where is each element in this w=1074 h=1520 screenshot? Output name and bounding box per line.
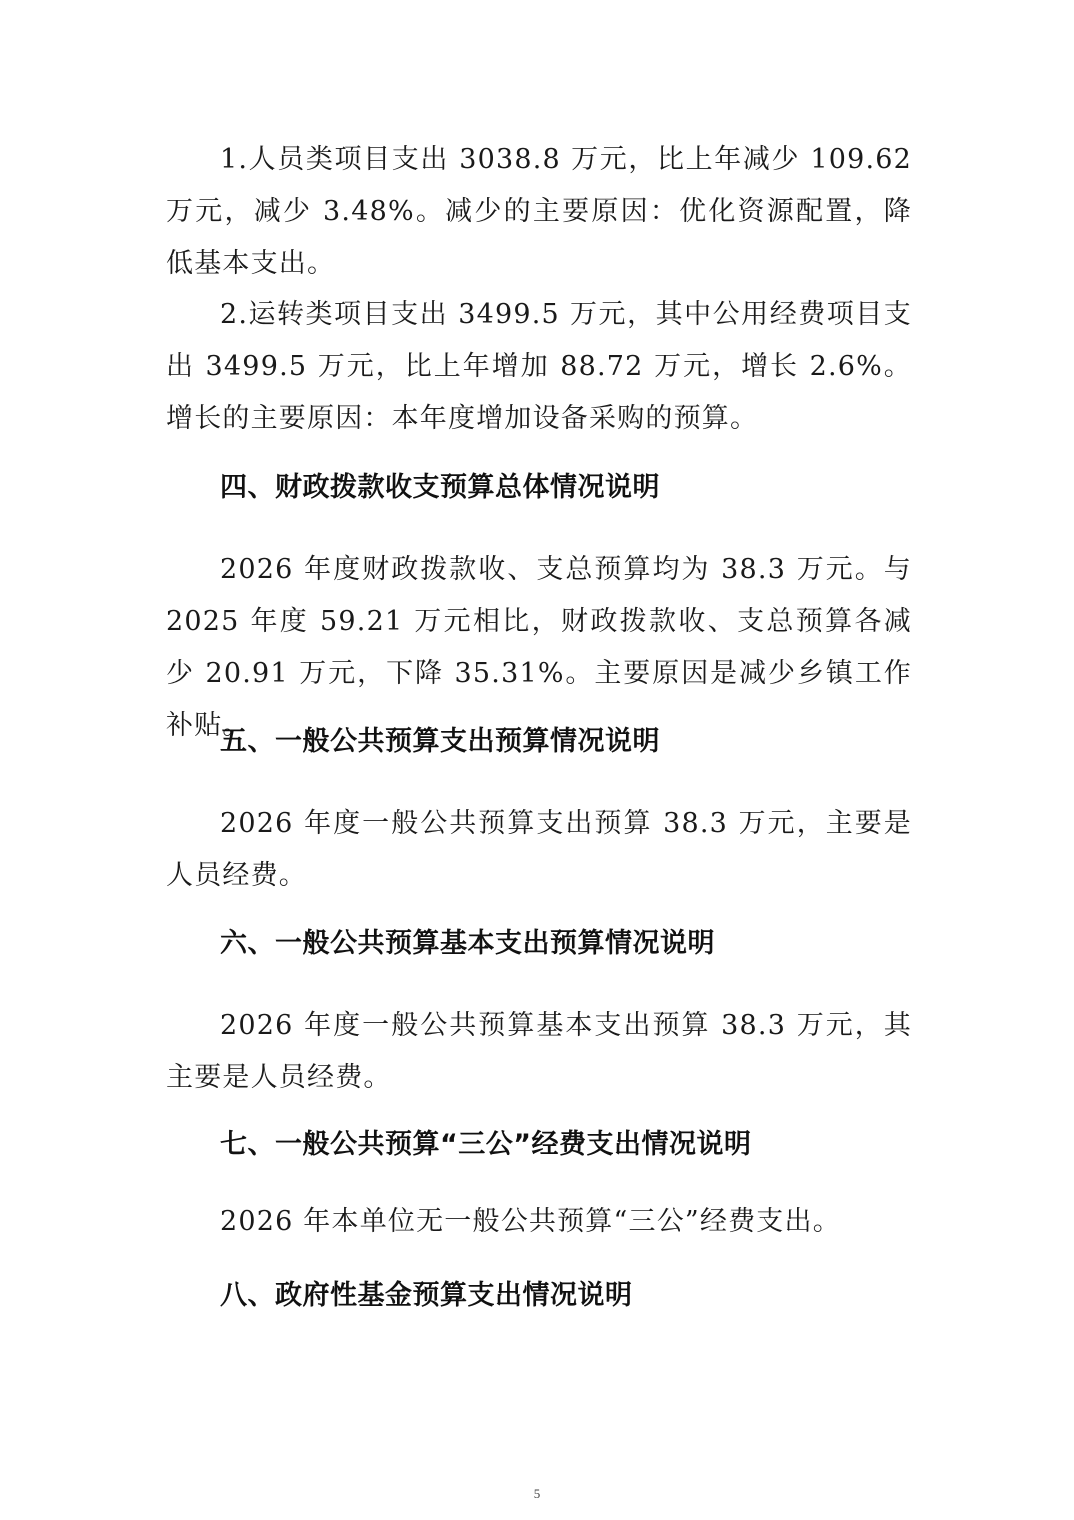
paragraph-text: 2026 年度一般公共预算基本支出预算 38.3 万元，其主要是人员经费。 [166, 1010, 912, 1093]
paragraph-text: 1.人员类项目支出 3038.8 万元，比上年减少 109.62 万元，减少 3… [166, 144, 912, 279]
paragraph-basic-expenditure: 2026 年度一般公共预算基本支出预算 38.3 万元，其主要是人员经费。 [166, 1000, 912, 1104]
paragraph-three-public-expenses: 2026 年本单位无一般公共预算“三公”经费支出。 [166, 1196, 912, 1248]
section-heading-4: 四、财政拨款收支预算总体情况说明 [220, 468, 660, 508]
paragraph-text: 2026 年度财政拨款收、支总预算均为 38.3 万元。与 2025 年度 59… [166, 554, 912, 741]
paragraph-text: 2026 年度一般公共预算支出预算 38.3 万元，主要是人员经费。 [166, 808, 912, 891]
section-heading-6: 六、一般公共预算基本支出预算情况说明 [220, 924, 715, 964]
paragraph-personnel-expenditure: 1.人员类项目支出 3038.8 万元，比上年减少 109.62 万元，减少 3… [166, 134, 912, 290]
document-page: 1.人员类项目支出 3038.8 万元，比上年减少 109.62 万元，减少 3… [0, 0, 1074, 1520]
paragraph-text: 2026 年本单位无一般公共预算“三公”经费支出。 [220, 1206, 841, 1237]
section-heading-8: 八、政府性基金预算支出情况说明 [220, 1276, 633, 1316]
paragraph-fiscal-overview: 2026 年度财政拨款收、支总预算均为 38.3 万元。与 2025 年度 59… [166, 544, 912, 752]
section-heading-7: 七、一般公共预算“三公”经费支出情况说明 [220, 1125, 752, 1165]
page-number: 5 [0, 1486, 1074, 1502]
paragraph-operating-expenditure: 2.运转类项目支出 3499.5 万元，其中公用经费项目支出 3499.5 万元… [166, 289, 912, 445]
section-heading-5: 五、一般公共预算支出预算情况说明 [220, 722, 660, 762]
paragraph-text: 2.运转类项目支出 3499.5 万元，其中公用经费项目支出 3499.5 万元… [166, 299, 912, 434]
paragraph-general-expenditure: 2026 年度一般公共预算支出预算 38.3 万元，主要是人员经费。 [166, 798, 912, 902]
